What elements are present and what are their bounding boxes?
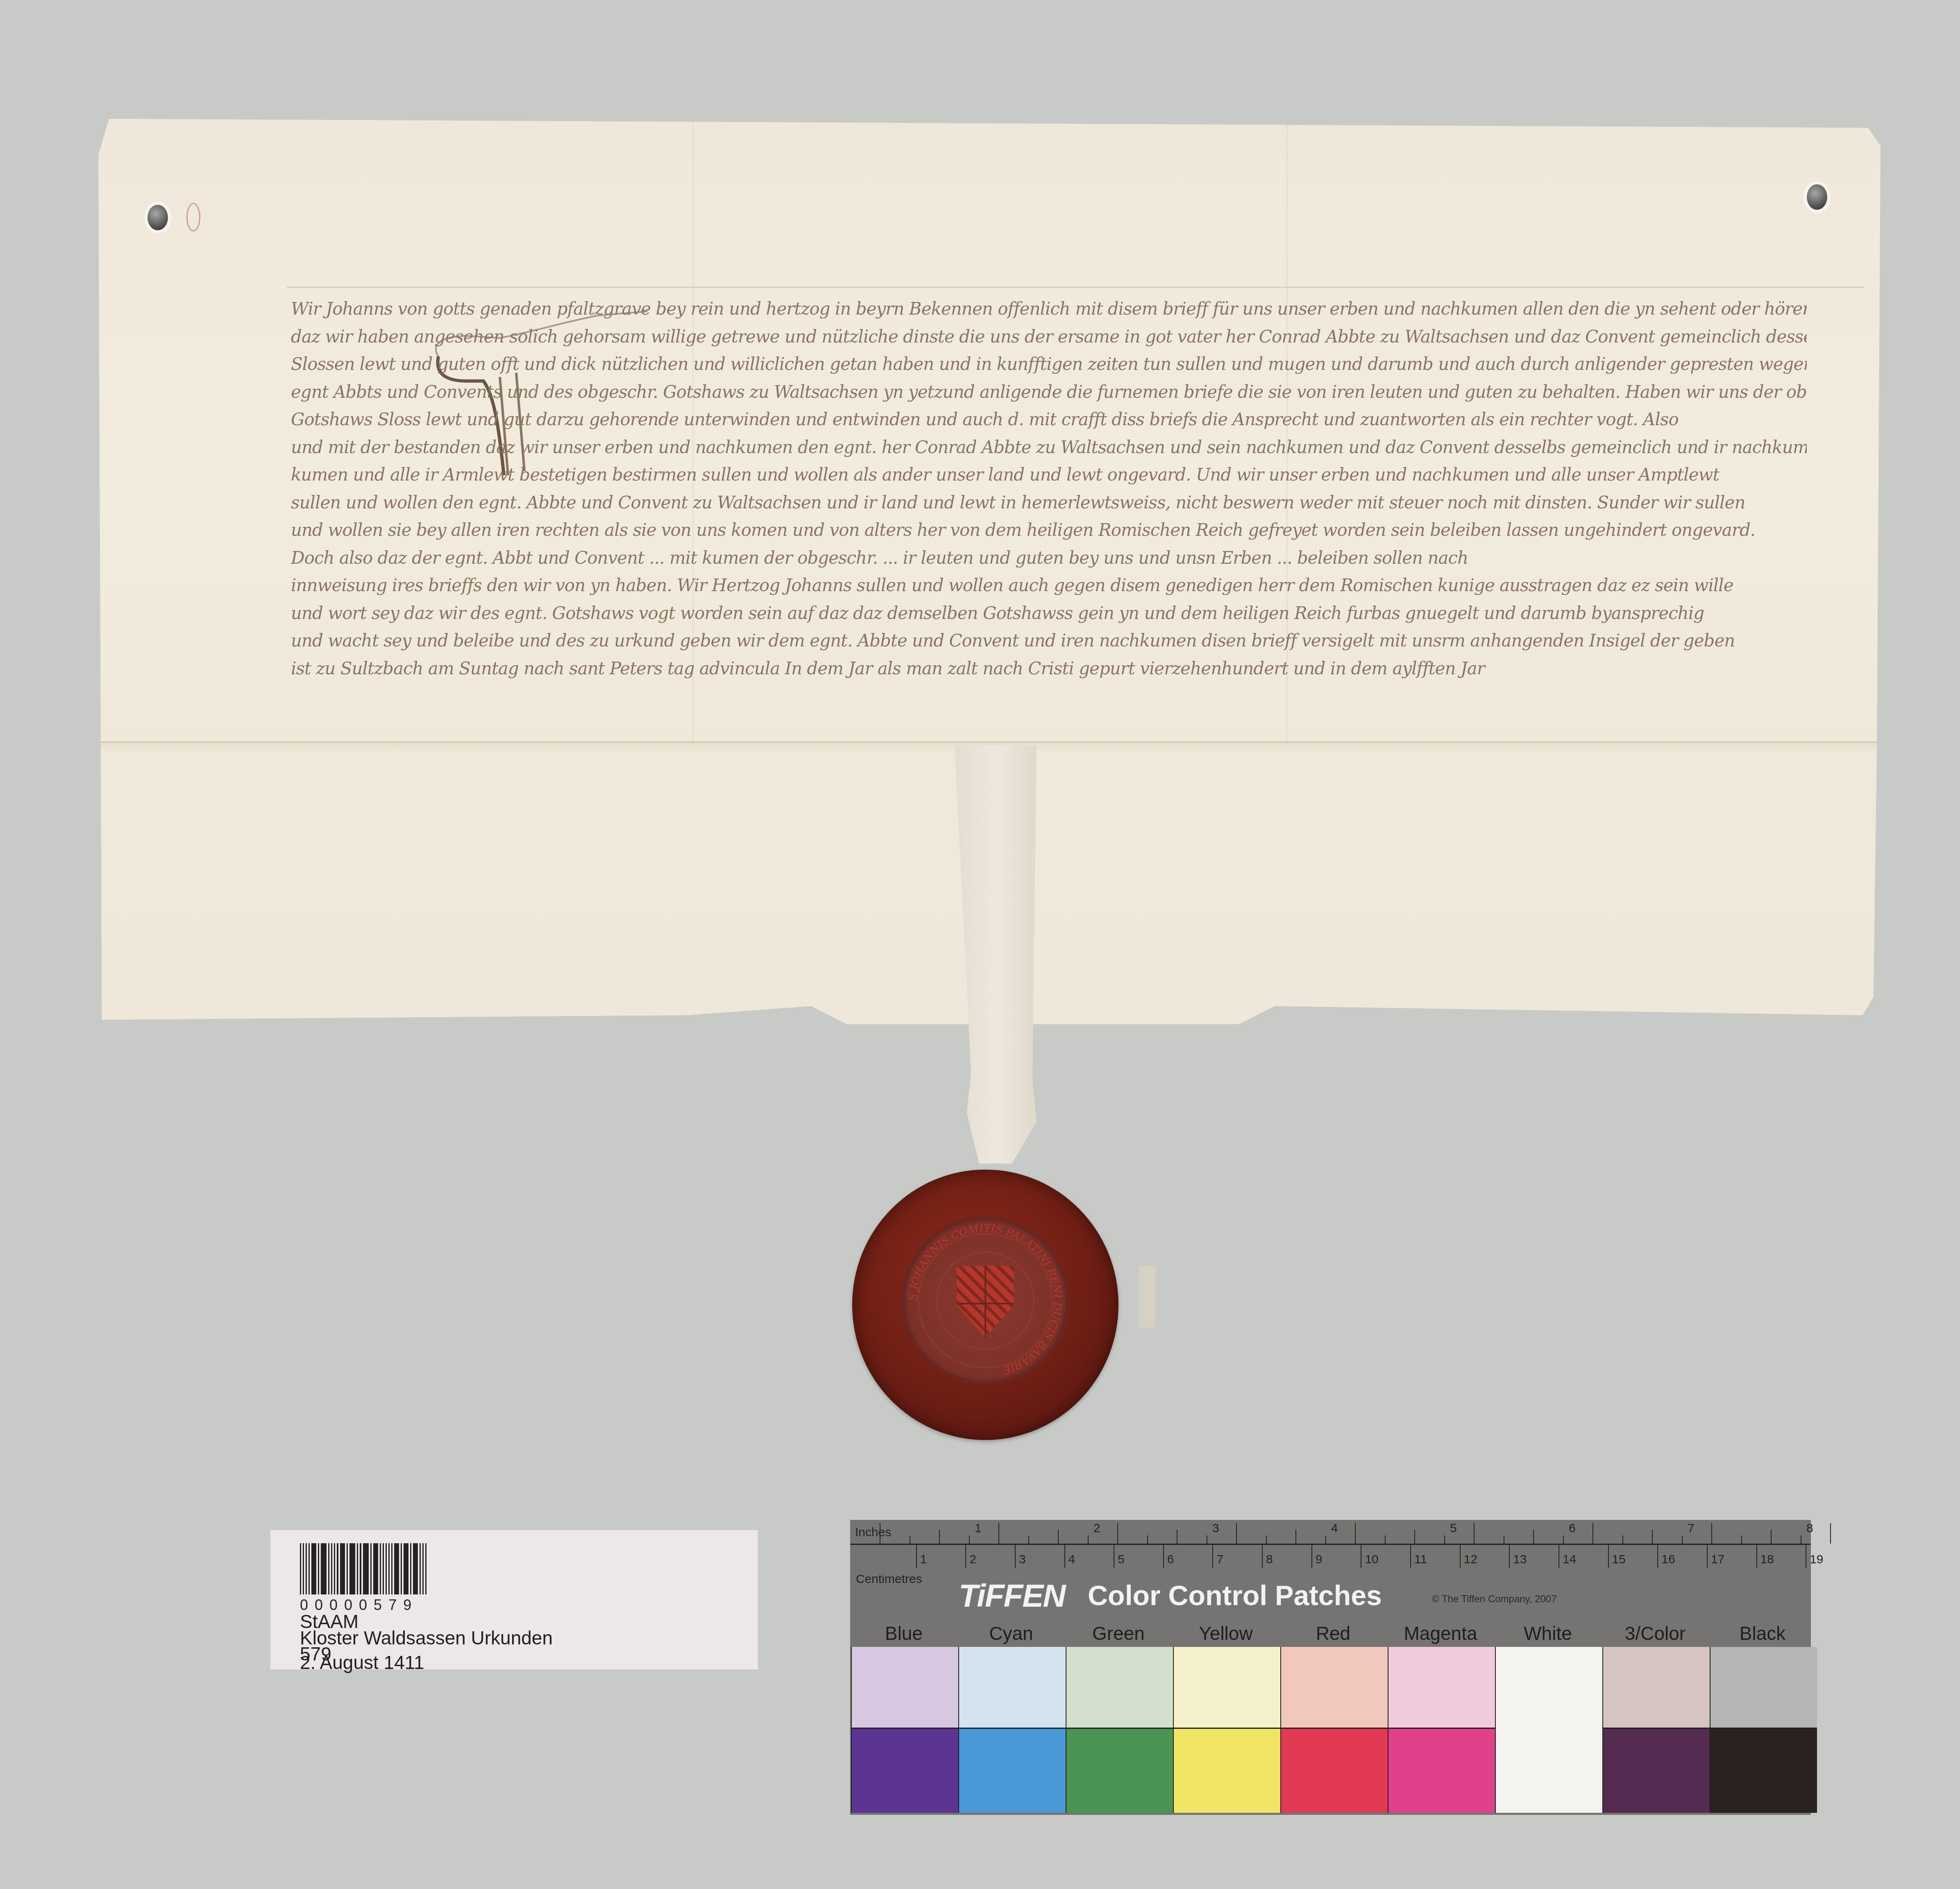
cm-tick-label: 19 <box>1810 1553 1823 1567</box>
patch-dark-yellow <box>1173 1729 1280 1813</box>
cm-tick-label: 13 <box>1513 1553 1527 1567</box>
inch-tick-label: 4 <box>1331 1522 1338 1535</box>
barcode-bar <box>334 1543 335 1594</box>
patch-dark-red <box>1280 1729 1388 1813</box>
inch-tick <box>1504 1535 1504 1544</box>
cm-tick <box>1806 1545 1806 1568</box>
barcode-bar <box>386 1543 387 1594</box>
color-control-card: Inches Centimetres TiFFEN Color Control … <box>850 1520 1811 1815</box>
barcode-bar <box>391 1543 392 1594</box>
seal-tag-end <box>1139 1266 1155 1327</box>
barcode-bar <box>370 1543 372 1594</box>
inch-tick <box>1355 1523 1356 1544</box>
cm-tick-label: 11 <box>1414 1553 1427 1567</box>
cm-tick-label: 4 <box>1068 1553 1075 1567</box>
inch-tick <box>1266 1535 1267 1544</box>
text-line: innweisung ires brieffs den wir von yn h… <box>291 571 1807 599</box>
barcode-bar <box>383 1543 384 1594</box>
barcode-bar <box>420 1543 421 1594</box>
barcode-bar <box>373 1543 378 1594</box>
cm-tick <box>1262 1545 1263 1568</box>
barcode-bar <box>340 1543 345 1594</box>
cm-tick-label: 5 <box>1118 1553 1125 1567</box>
inch-tick <box>1088 1535 1089 1544</box>
inch-tick <box>1652 1530 1653 1544</box>
inch-tick <box>1385 1535 1386 1544</box>
inches-label: Inches <box>855 1526 891 1540</box>
barcode-bar <box>303 1543 304 1594</box>
patch-label-cyan: Cyan <box>958 1622 1064 1644</box>
barcode-bar <box>404 1543 408 1594</box>
cm-tick-label: 8 <box>1266 1553 1273 1567</box>
barcode-bar <box>422 1543 424 1594</box>
inch-tick <box>880 1523 880 1544</box>
inch-tick-label: 6 <box>1569 1522 1576 1535</box>
patch-dark-green <box>1066 1729 1173 1813</box>
text-line: daz wir haben angesehen solich gehorsam … <box>291 323 1807 351</box>
inch-tick-label: 7 <box>1688 1522 1695 1535</box>
cm-tick <box>1015 1545 1016 1568</box>
shield-division-horizontal <box>957 1303 1014 1304</box>
text-line: und mit der bestanden daz wir unser erbe… <box>291 433 1807 461</box>
cm-tick <box>1410 1545 1411 1568</box>
barcode-bar <box>337 1543 338 1594</box>
inch-tick <box>1533 1530 1534 1544</box>
seal-tag-strip <box>955 746 1037 1163</box>
inch-tick <box>1207 1535 1207 1544</box>
patch-light-black <box>1710 1647 1817 1729</box>
inch-tick <box>1414 1530 1415 1544</box>
text-line: sullen und wollen den egnt. Abbte und Co… <box>291 489 1807 517</box>
inch-tick <box>1563 1535 1564 1544</box>
patch-light-red <box>1280 1647 1388 1729</box>
cm-tick <box>1311 1545 1312 1568</box>
cm-tick <box>1608 1545 1609 1568</box>
cm-tick <box>1657 1545 1658 1568</box>
patch-white <box>1495 1647 1602 1813</box>
shield-division-vertical <box>985 1266 986 1338</box>
barcode-bar <box>318 1543 319 1594</box>
inch-tick <box>910 1535 910 1544</box>
document-date: 2. August 1411 <box>300 1653 424 1672</box>
cm-tick <box>1707 1545 1708 1568</box>
cm-tick <box>1509 1545 1510 1568</box>
inch-tick <box>1771 1530 1772 1544</box>
text-line: Slossen lewt und guten offt und dick nüt… <box>291 350 1807 378</box>
inch-tick <box>1682 1535 1683 1544</box>
text-line: Wir Johanns von gotts genaden pfaltzgrav… <box>291 295 1807 323</box>
patch-label-green: Green <box>1066 1622 1171 1644</box>
cm-tick-label: 2 <box>969 1553 976 1567</box>
barcode-bar <box>410 1543 411 1594</box>
patch-dark-magenta <box>1388 1729 1495 1813</box>
inch-tick <box>1028 1535 1029 1544</box>
cm-tick-label: 6 <box>1167 1553 1174 1567</box>
barcode-bar <box>363 1543 369 1594</box>
text-line: und wollen sie bey allen iren rechten al… <box>291 516 1807 544</box>
patch-label-white: White <box>1495 1622 1601 1644</box>
inch-tick-label: 2 <box>1093 1522 1100 1535</box>
text-line: ist zu Sultzbach am Suntag nach sant Pet… <box>291 655 1807 683</box>
cm-tick-label: 10 <box>1365 1553 1378 1567</box>
patch-label-black: Black <box>1710 1622 1815 1644</box>
patch-light-blue <box>851 1647 958 1729</box>
cm-tick <box>1212 1545 1213 1568</box>
cm-tick-label: 1 <box>920 1553 927 1567</box>
barcode-bar <box>349 1543 355 1594</box>
cm-tick-label: 17 <box>1711 1553 1724 1567</box>
cm-tick <box>1361 1545 1361 1568</box>
inch-tick <box>1741 1535 1742 1544</box>
copyright-text: © The Tiffen Company, 2007 <box>1432 1594 1557 1605</box>
barcode-bar <box>425 1543 426 1594</box>
patch-dark-black <box>1710 1729 1817 1813</box>
patch-label-yellow: Yellow <box>1173 1622 1279 1644</box>
inch-tick <box>1058 1530 1059 1544</box>
card-title: Color Control Patches <box>1088 1580 1382 1612</box>
barcode-bar <box>401 1543 402 1594</box>
patch-light-cyan <box>958 1647 1066 1729</box>
text-line: und wort sey daz wir des egnt. Gotshaws … <box>291 599 1807 627</box>
barcode-bar <box>309 1543 310 1594</box>
text-line: Doch also daz der egnt. Abbt und Convent… <box>291 544 1807 572</box>
cm-tick <box>916 1545 917 1568</box>
charter-text: Wir Johanns von gotts genaden pfaltzgrav… <box>291 295 1807 682</box>
collection-name: Kloster Waldsassen Urkunden <box>300 1628 553 1647</box>
patch-light-green <box>1066 1647 1173 1729</box>
patch-light-3-color <box>1602 1647 1710 1729</box>
cm-tick <box>1460 1545 1461 1568</box>
cm-tick-label: 15 <box>1612 1553 1626 1567</box>
cm-tick-label: 14 <box>1563 1553 1576 1567</box>
inch-tick <box>1177 1530 1177 1544</box>
inch-tick <box>1474 1523 1475 1544</box>
patch-label-magenta: Magenta <box>1388 1622 1493 1644</box>
inch-tick <box>1295 1530 1296 1544</box>
barcode-bar <box>394 1543 399 1594</box>
marginal-note-o <box>186 203 200 231</box>
patch-label-3-color: 3/Color <box>1602 1622 1708 1644</box>
inch-tick <box>1325 1535 1326 1544</box>
inch-tick-label: 1 <box>975 1522 982 1535</box>
cm-tick-label: 18 <box>1760 1553 1774 1567</box>
tiffen-logo: TiFFEN <box>959 1577 1065 1615</box>
inch-tick-label: 8 <box>1806 1522 1813 1535</box>
text-line: Gotshaws Sloss lewt und gut darzu gehore… <box>291 406 1807 433</box>
ruled-line-top <box>287 287 1864 288</box>
inch-tick <box>1830 1523 1831 1544</box>
patch-dark-cyan <box>958 1729 1066 1813</box>
inch-tick-label: 3 <box>1212 1522 1219 1535</box>
inch-tick <box>939 1530 940 1544</box>
text-line: und wacht sey und beleibe und des zu urk… <box>291 627 1807 655</box>
text-line: kumen und alle ir Armlewt bestetigen bes… <box>291 461 1807 489</box>
cm-tick <box>965 1545 966 1568</box>
barcode-bar <box>388 1543 390 1594</box>
inch-tick <box>1236 1523 1237 1544</box>
ruler-baseline <box>850 1544 1811 1545</box>
barcode-icon <box>300 1543 428 1594</box>
inch-tick-label: 5 <box>1450 1522 1457 1535</box>
patch-dark-3-color <box>1602 1729 1710 1813</box>
barcode-bar <box>300 1543 301 1594</box>
barcode-bar <box>331 1543 332 1594</box>
patch-light-yellow <box>1173 1647 1280 1729</box>
cm-tick-label: 12 <box>1464 1553 1477 1567</box>
cm-tick-label: 3 <box>1019 1553 1026 1567</box>
inch-tick <box>1117 1523 1118 1544</box>
patch-label-red: Red <box>1280 1622 1386 1644</box>
inch-tick <box>1444 1535 1445 1544</box>
archive-label-card: 00000579 StAAM Kloster Waldsassen Urkund… <box>270 1530 758 1669</box>
cm-tick <box>1064 1545 1065 1568</box>
cm-tick-label: 9 <box>1316 1553 1323 1567</box>
inch-tick <box>1711 1523 1712 1544</box>
inch-tick <box>1592 1523 1593 1544</box>
barcode-bar <box>306 1543 307 1594</box>
text-line: egnt Abbts und Convents und des obgeschr… <box>291 378 1807 406</box>
inch-tick <box>1147 1535 1148 1544</box>
barcode-bar <box>321 1543 327 1594</box>
patch-label-blue: Blue <box>851 1622 957 1644</box>
cm-tick <box>1163 1545 1164 1568</box>
patch-light-magenta <box>1388 1647 1495 1729</box>
barcode-bar <box>328 1543 329 1594</box>
mounting-pin-left-icon <box>147 205 168 230</box>
inch-tick <box>1622 1535 1623 1544</box>
cm-tick-label: 7 <box>1216 1553 1223 1567</box>
inch-tick <box>969 1535 970 1544</box>
patch-dark-blue <box>851 1729 958 1813</box>
barcode-bar <box>360 1543 361 1594</box>
inch-tick <box>1801 1535 1801 1544</box>
cm-tick-label: 16 <box>1661 1553 1675 1567</box>
barcode-bar <box>311 1543 316 1594</box>
cm-tick <box>1756 1545 1757 1568</box>
cm-tick <box>1114 1545 1114 1568</box>
barcode-bar <box>380 1543 381 1594</box>
barcode-bar <box>347 1543 348 1594</box>
cm-tick <box>1558 1545 1559 1568</box>
barcode-bar <box>357 1543 358 1594</box>
inch-tick <box>998 1523 999 1544</box>
barcode-bar <box>413 1543 418 1594</box>
mounting-pin-right-icon <box>1807 184 1827 210</box>
centimetres-label: Centimetres <box>856 1572 922 1586</box>
